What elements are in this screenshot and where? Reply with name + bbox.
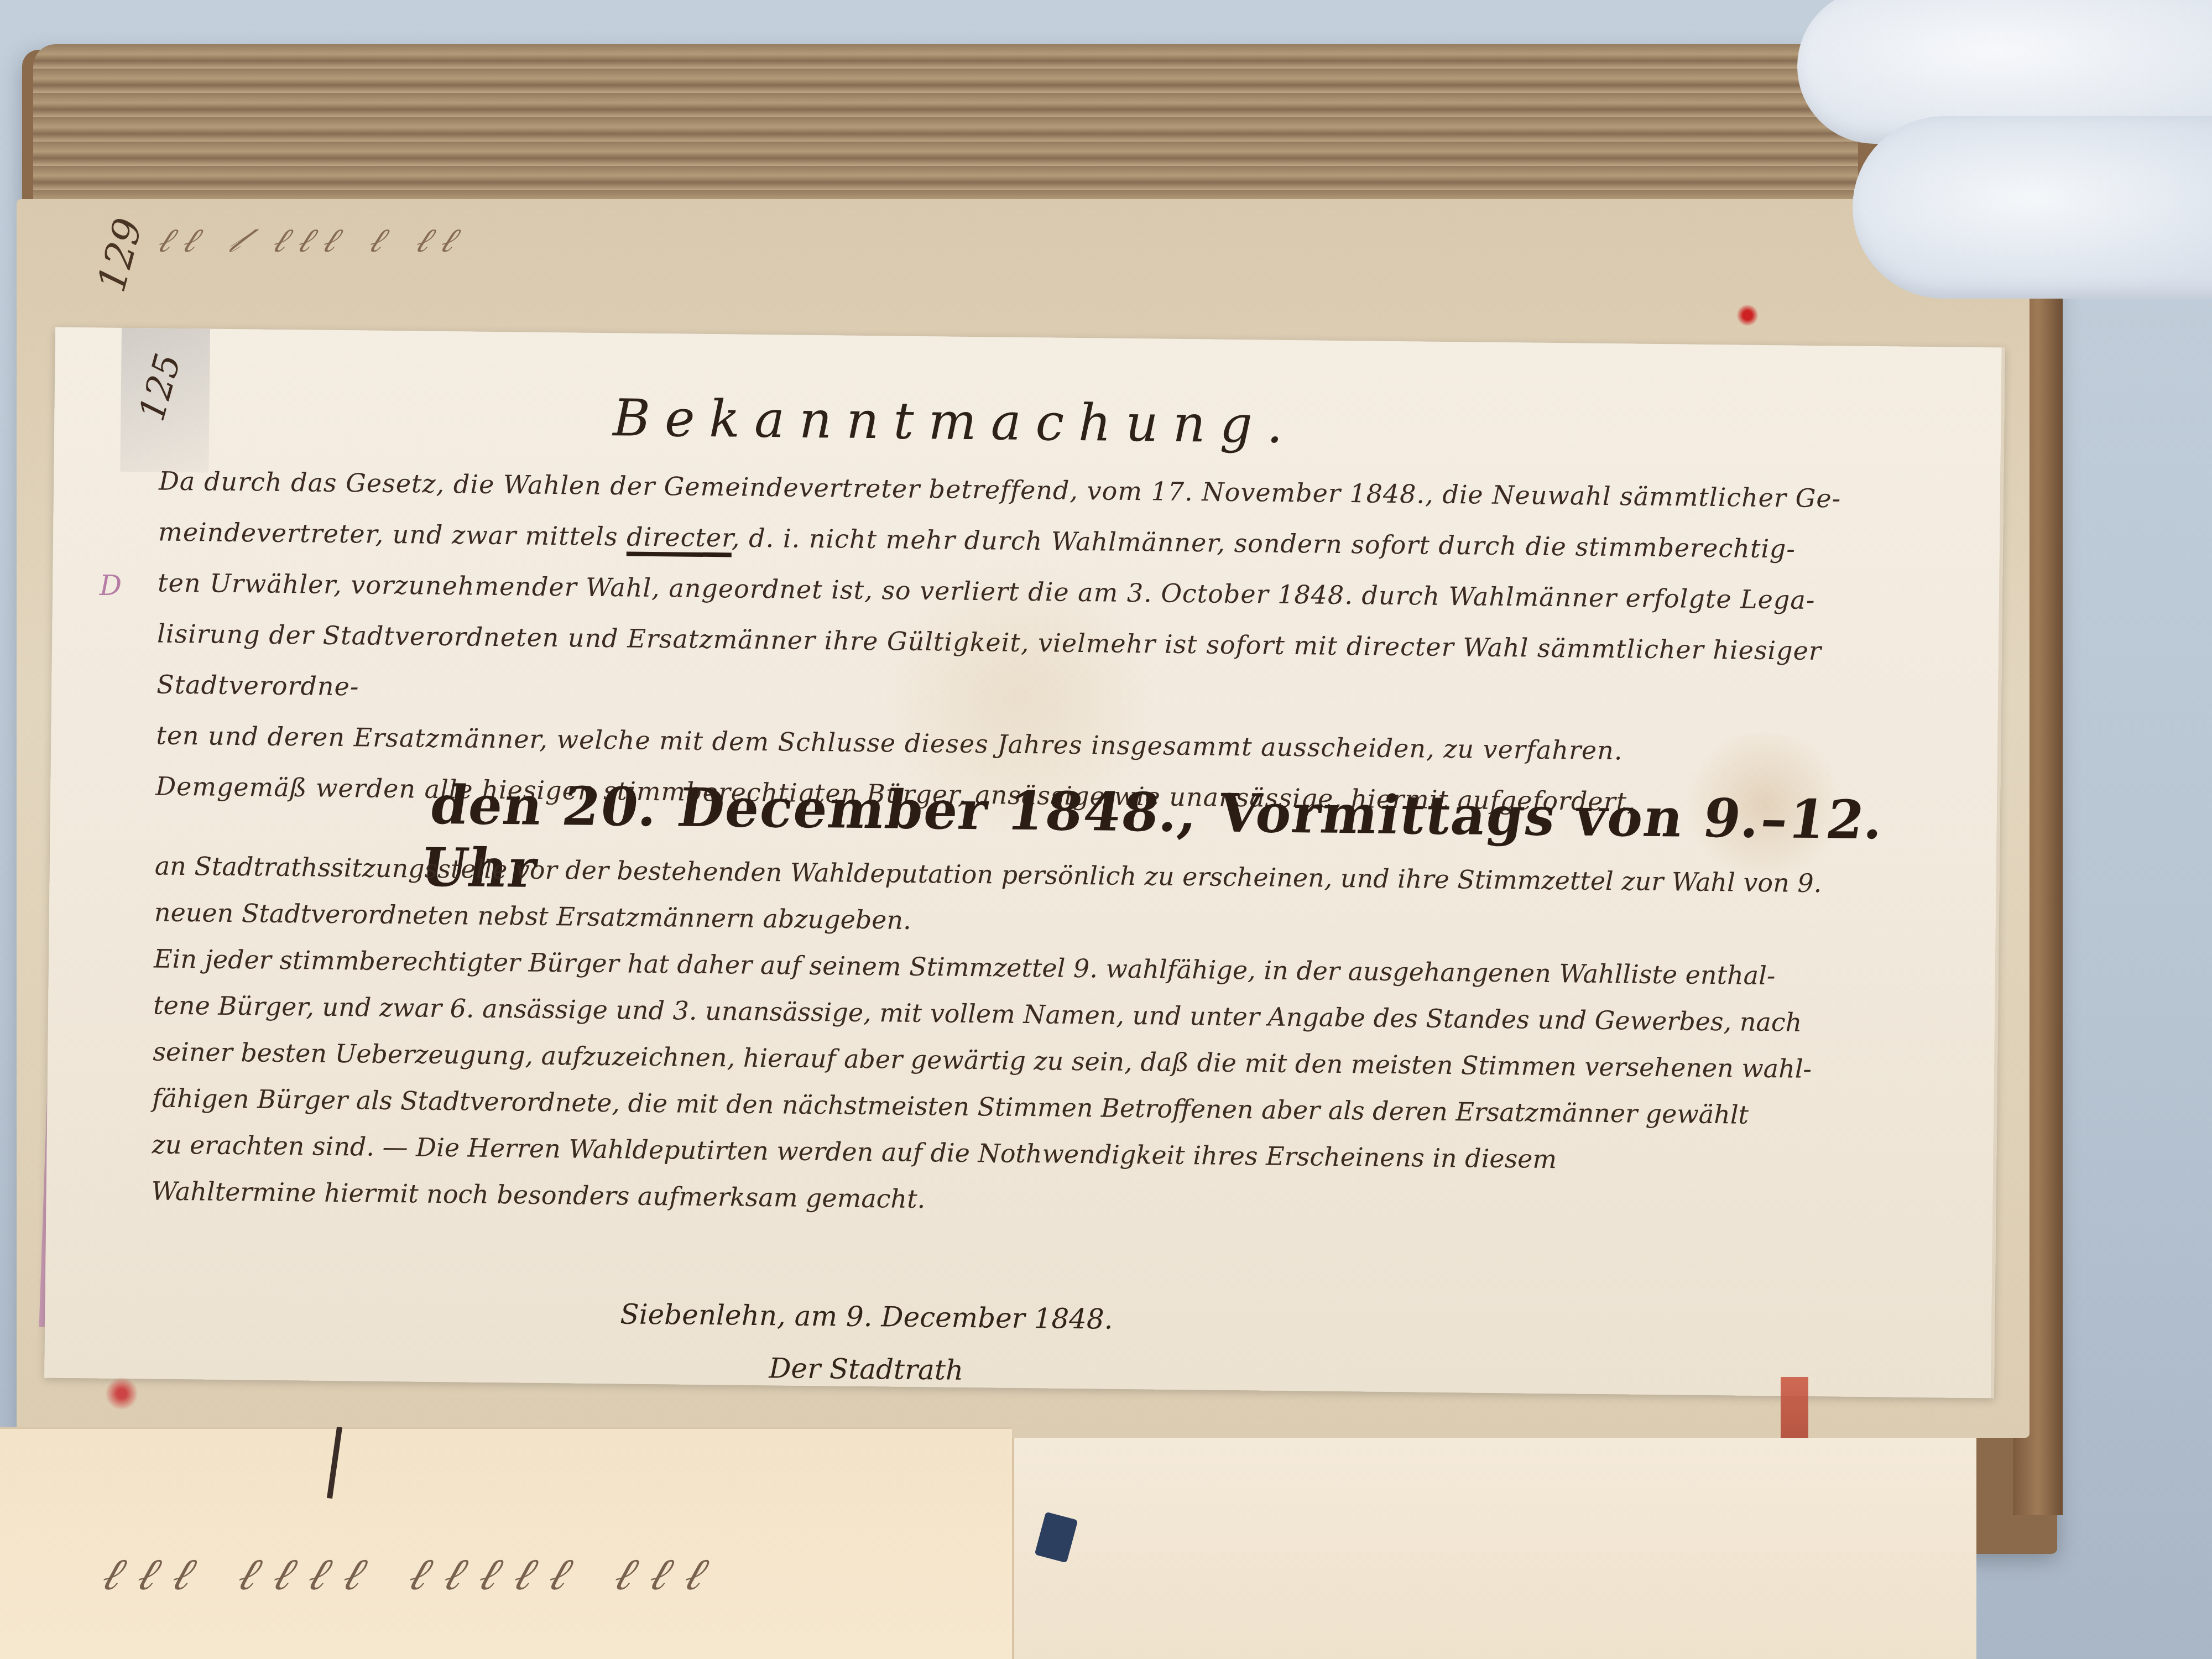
underlined-word: directer <box>627 521 732 557</box>
red-wax-mark <box>1736 304 1759 326</box>
lower-page-script: ℓℓℓ ℓℓℓℓ ℓℓℓℓℓ ℓℓℓ <box>74 1548 999 1659</box>
glove-finger <box>1853 116 2212 299</box>
signature: Der Stadtrath <box>769 1352 963 1386</box>
page-stack-edge <box>33 44 1858 210</box>
place-and-date: Siebenlehn, am 9. December 1848. <box>620 1298 1113 1335</box>
proclamation-sheet: 125 Bekanntmachung. Da durch das Gesetz,… <box>44 327 2005 1399</box>
margin-note: D <box>100 570 122 602</box>
paragraph-1: Da durch das Gesetz, die Wahlen der Geme… <box>155 456 1962 831</box>
paragraph-3-4: an Stadtrathssitzungsstelle vor der best… <box>151 843 1958 1233</box>
red-wax-mark <box>105 1377 138 1410</box>
text-segment: , d. i. nicht mehr durch Wahlmänner, son… <box>732 523 1796 564</box>
text-line: lisirung der Stadtverordneten und Ersatz… <box>156 608 1960 729</box>
text-segment: meindevertreter, und zwar mittels <box>158 517 618 552</box>
document-title: Bekanntmachung. <box>613 388 1298 455</box>
underlying-page-script: ℓℓ 𝓁 ℓℓℓ ℓ ℓℓ <box>118 221 943 332</box>
document-photo-scene: 129 ℓℓ 𝓁 ℓℓℓ ℓ ℓℓ 125 Bekanntmachung. Da… <box>0 0 2212 1659</box>
lower-page-right <box>1012 1438 1976 1659</box>
white-gloved-hand <box>1797 0 2212 365</box>
